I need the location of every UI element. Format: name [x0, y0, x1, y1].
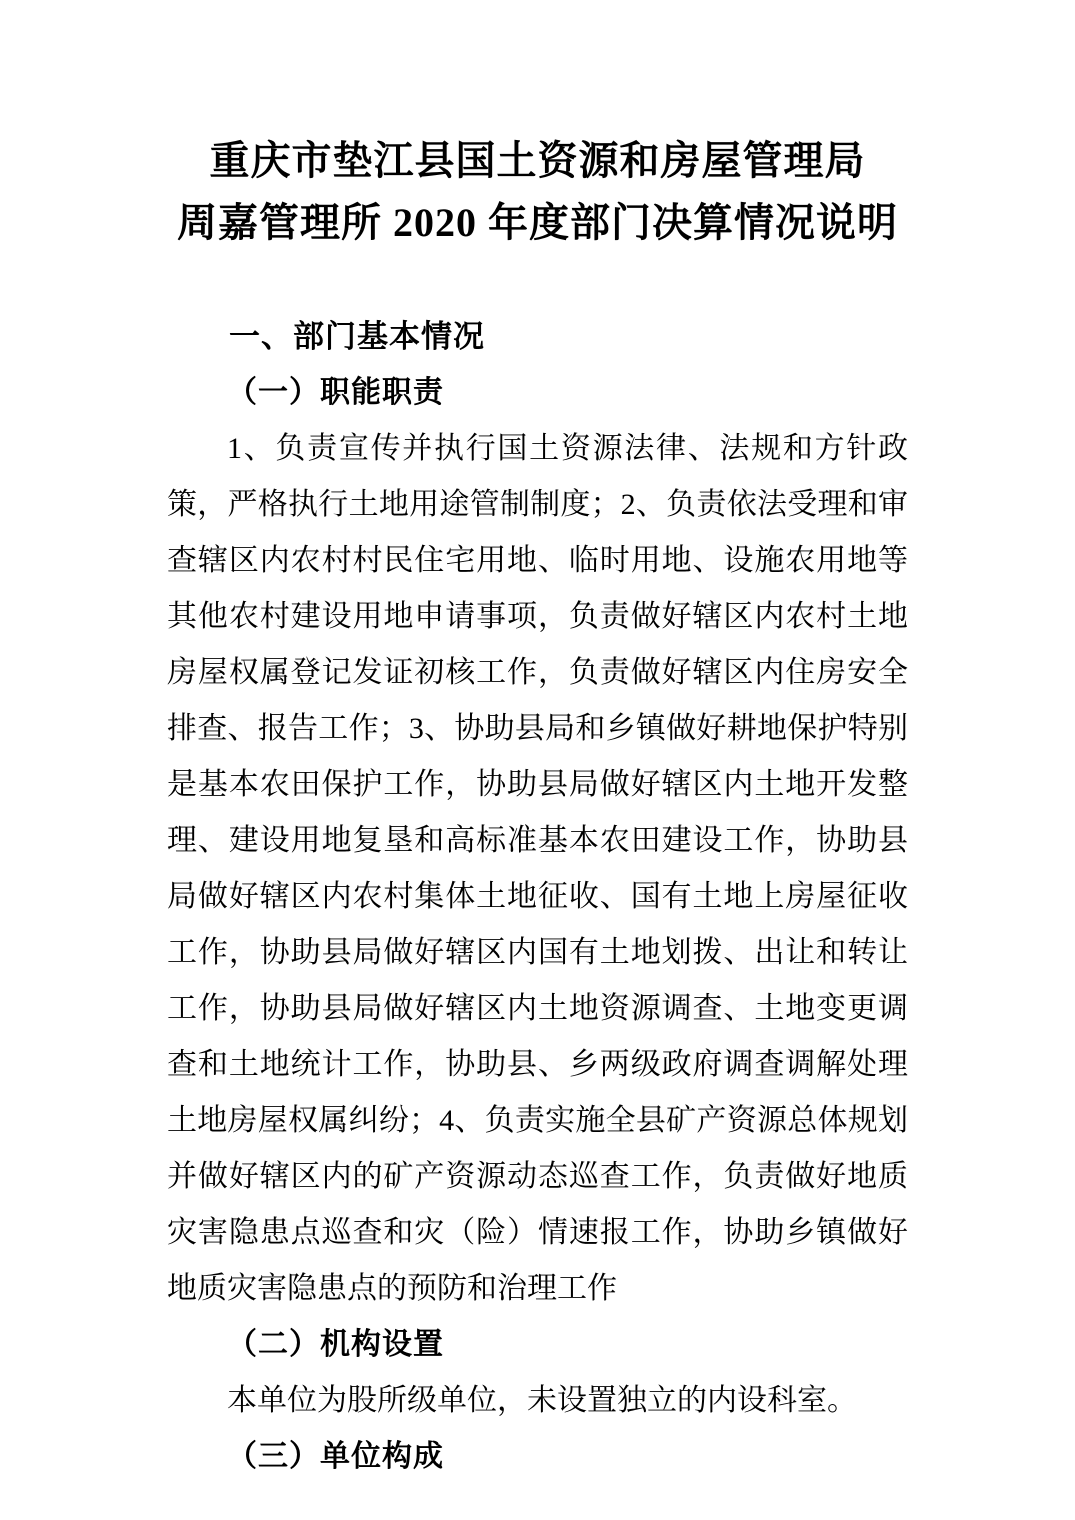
subsection-heading-unit-composition: （三）单位构成 — [167, 1429, 908, 1485]
paragraph-organization-setup: 本单位为股所级单位，未设置独立的内设科室。 — [167, 1373, 908, 1429]
section-heading-basic-situation: 一、部门基本情况 — [167, 309, 908, 365]
document-title-line-2: 周嘉管理所 2020 年度部门决算情况说明 — [167, 192, 908, 254]
document-title-line-1: 重庆市垫江县国土资源和房屋管理局 — [167, 130, 908, 192]
subsection-heading-organization-setup: （二）机构设置 — [167, 1317, 908, 1373]
document-page: 重庆市垫江县国土资源和房屋管理局 周嘉管理所 2020 年度部门决算情况说明 一… — [0, 0, 1075, 1520]
subsection-heading-duties: （一）职能职责 — [167, 365, 908, 421]
paragraph-duties: 1、负责宣传并执行国土资源法律、法规和方针政策，严格执行土地用途管制制度；2、负… — [167, 421, 908, 1317]
document-title: 重庆市垫江县国土资源和房屋管理局 周嘉管理所 2020 年度部门决算情况说明 — [167, 130, 908, 254]
